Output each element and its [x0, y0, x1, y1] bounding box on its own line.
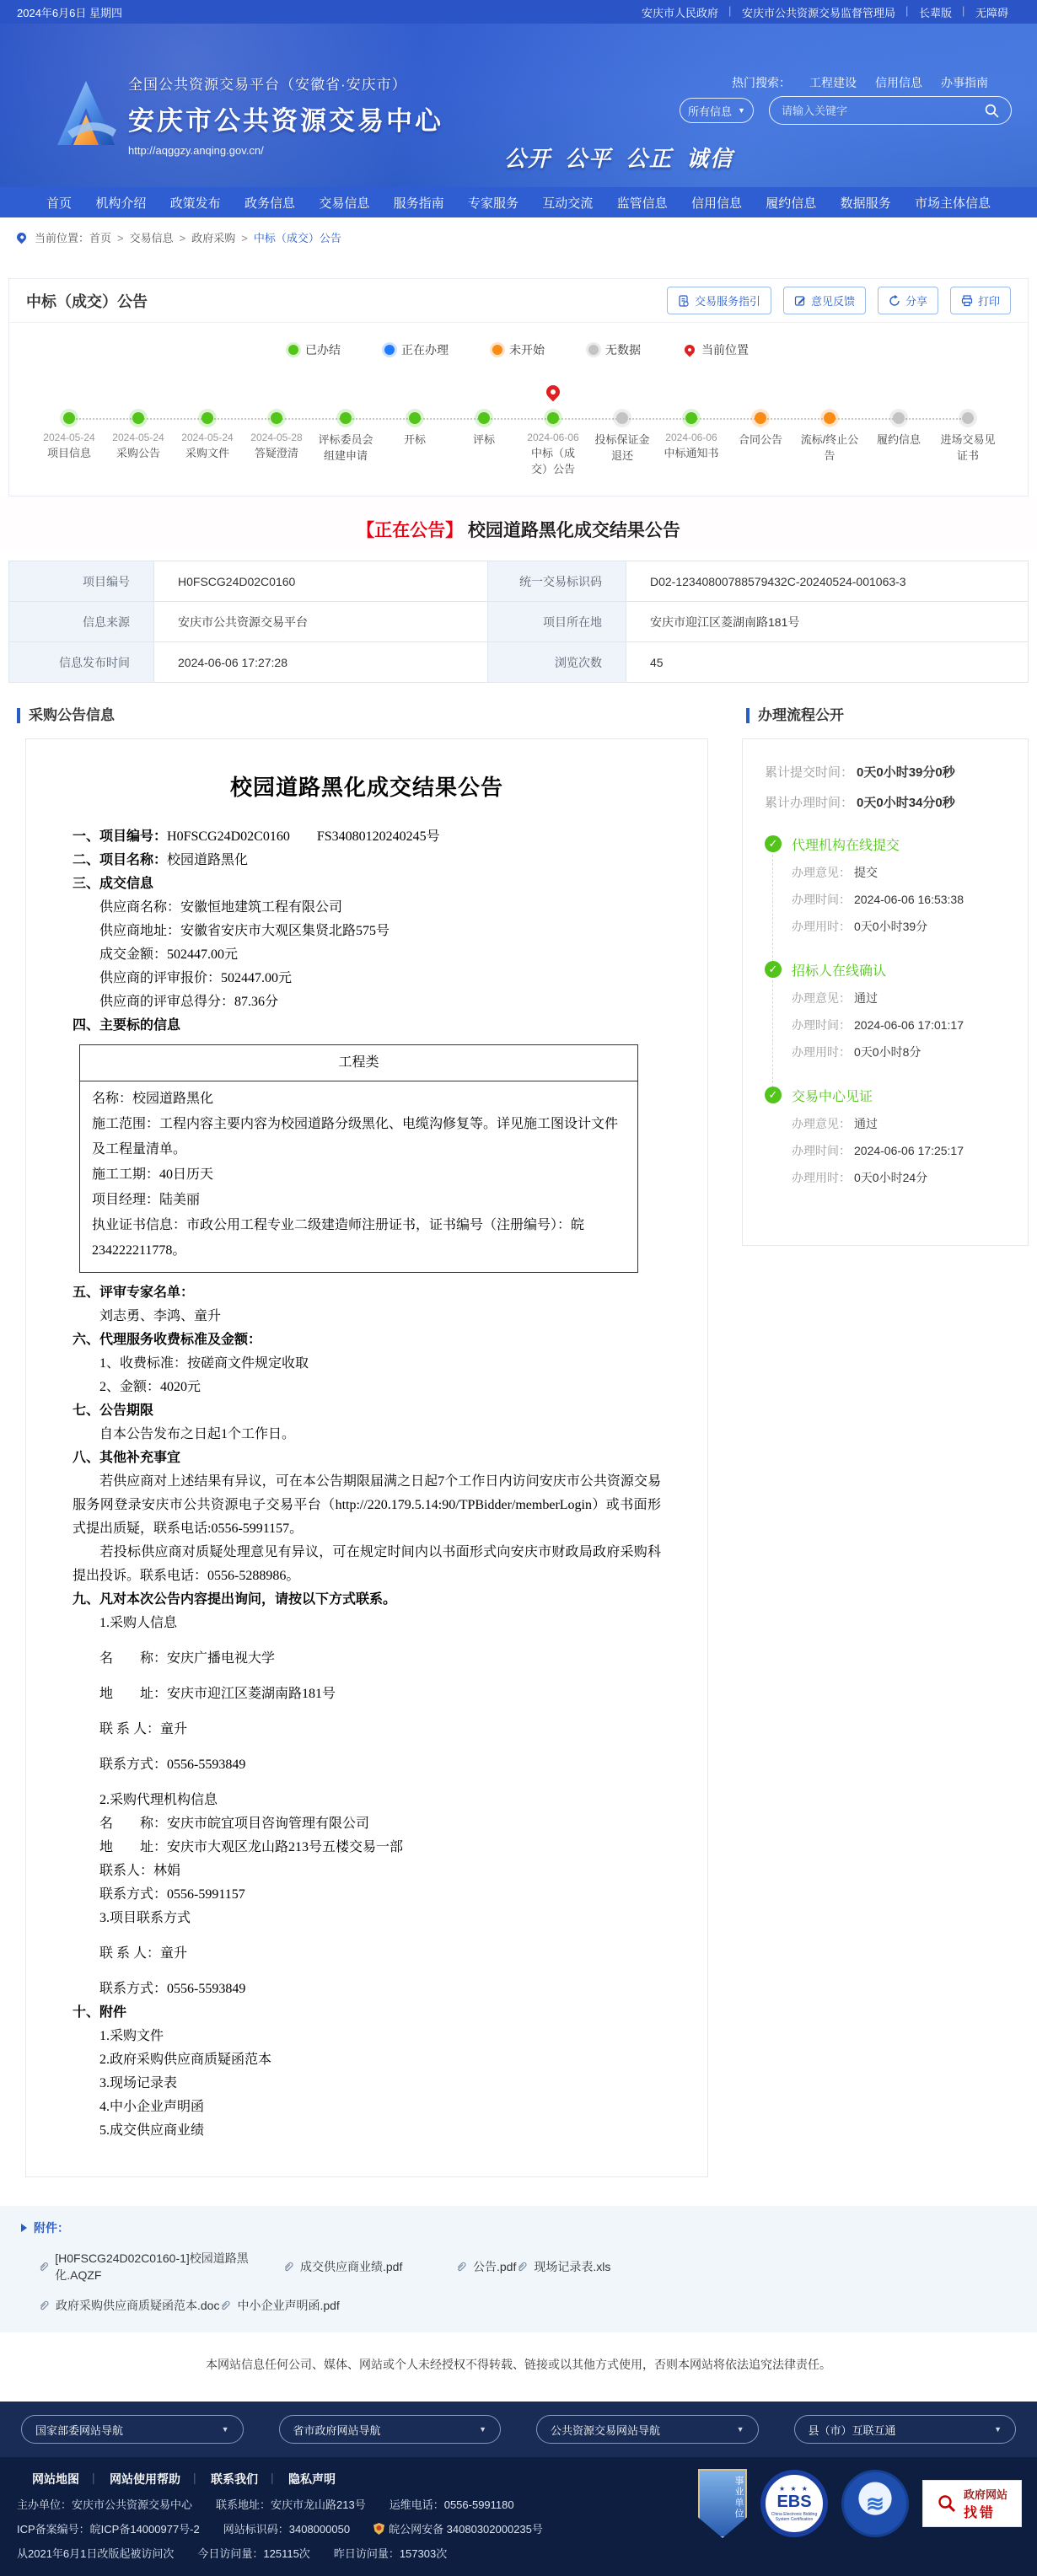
site-logo — [51, 78, 121, 152]
timeline-step-date: 2024-05-24 — [104, 432, 173, 443]
page-title: 中标（成交）公告 — [26, 290, 148, 312]
footer-link[interactable]: 网站使用帮助 — [94, 2471, 196, 2487]
chevron-down-icon: ▼ — [737, 2425, 744, 2434]
attachments-section: 附件： [H0FSCG24D02C0160-1]校园道路黑化.AQZF 成交供应… — [0, 2206, 1037, 2332]
attachment-row: 政府采购供应商质疑函范本.doc 中小企业声明函.pdf — [21, 2297, 999, 2314]
info-label: 统一交易标识码 — [488, 561, 626, 602]
info-label: 浏览次数 — [488, 642, 626, 683]
wave-logo-icon: ≋ — [866, 2491, 884, 2517]
document-line: 3.现场记录表 — [73, 2072, 661, 2096]
breadcrumb-item[interactable]: 政府采购 — [174, 229, 236, 245]
legend-mark-icon — [288, 345, 298, 355]
slogan-word: 公平 — [565, 142, 612, 173]
attachments-label: 附件： — [34, 2219, 69, 2236]
bid-subject-table: 工程类 名称：校园道路黑化施工范围：工程内容主要内容为校园道路分级黑化、电缆沟修… — [79, 1044, 638, 1273]
current-position-pin-icon — [544, 383, 563, 402]
nav-item[interactable]: 政务信息 — [244, 194, 295, 212]
footer-site-code: 网站标识码：3408000050 — [223, 2520, 350, 2536]
bid-subject-row: 项目经理：陆美丽 — [92, 1188, 626, 1213]
footer-visits-today: 今日访问量：125115次 — [197, 2545, 309, 2561]
check-circle-icon: ✓ — [765, 835, 782, 852]
top-links: 安庆市人民政府安庆市公共资源交易监督管理局长辈版无障碍 — [630, 4, 1020, 20]
legend-item: 已办结 — [288, 341, 341, 358]
footer-link[interactable]: 隐私声明 — [273, 2471, 351, 2487]
info-label: 信息发布时间 — [9, 642, 154, 683]
timeline-step[interactable]: 2024-05-24 采购文件 — [173, 378, 242, 477]
attachment-file-name: 政府采购供应商质疑函范本.doc — [56, 2297, 219, 2314]
timeline-node-icon — [685, 412, 697, 424]
attachment-file[interactable]: [H0FSCG24D02C0160-1]校园道路黑化.AQZF — [38, 2250, 282, 2284]
check-circle-icon: ✓ — [765, 961, 782, 978]
notice-card: 中标（成交）公告 交易服务指引 意见反馈 分享 打印 — [8, 278, 1029, 496]
site-banner: 全国公共资源交易平台（安徽省·安庆市） 安庆市公共资源交易中心 http://a… — [0, 24, 1037, 187]
share-label: 分享 — [905, 292, 927, 309]
breadcrumb-item[interactable]: 中标（成交）公告 — [235, 229, 341, 245]
nav-item[interactable]: 专家服务 — [468, 194, 518, 212]
police-badge-icon — [373, 2523, 384, 2535]
timeline-step-label: 合同公告 — [726, 432, 795, 448]
document-line: 1.采购人信息 — [73, 1612, 661, 1635]
timeline-step-label: 评标 — [449, 432, 518, 448]
share-icon — [889, 295, 900, 307]
footer: 网站地图网站使用帮助联系我们隐私声明 主办单位：安庆市公共资源交易中心 联系地址… — [0, 2457, 1037, 2576]
document-lines-a: 一、项目编号：H0FSCG24D02C0160 FS34080120240245… — [73, 825, 661, 1038]
footer-visits-yesterday: 昨日访问量：157303次 — [334, 2545, 447, 2561]
info-value: 45 — [626, 642, 1029, 683]
legend-mark-icon — [683, 343, 697, 357]
legend-item: 正在办理 — [384, 341, 449, 358]
chevron-down-icon: ▼ — [222, 2425, 229, 2434]
document-line: 刘志勇、李鸿、童升 — [73, 1305, 661, 1328]
document-line: 供应商的评审总得分：87.36分 — [73, 990, 661, 1014]
document-line: 若投标供应商对质疑处理意见有异议，可在规定时间内以书面形式向安庆市财政局政府采购… — [73, 1541, 661, 1588]
document-line: 一、项目编号：H0FSCG24D02C0160 FS34080120240245… — [73, 825, 661, 849]
process-step-duration: 办理用时：0天0小时24分 — [792, 1169, 1006, 1186]
timeline-node-icon — [132, 412, 144, 424]
timeline-step[interactable]: 流标/终止公告 — [795, 378, 864, 477]
footer-nav-dropdown[interactable]: 省市政府网站导航 ▼ — [279, 2415, 502, 2444]
document-line: 联系方式：0556-5991157 — [73, 1883, 661, 1907]
search-input[interactable] — [782, 105, 985, 117]
paperclip-icon — [282, 2261, 294, 2273]
process-step-opinion: 办理意见：通过 — [792, 990, 1006, 1006]
main-nav: 首页机构介绍政策发布政务信息交易信息服务指南专家服务互动交流监管信息信用信息履约… — [0, 187, 1037, 217]
timeline-step[interactable]: 进场交易见证书 — [933, 378, 1002, 477]
document-line: 九、凡对本次公告内容提出询问，请按以下方式联系。 — [73, 1588, 661, 1612]
attachment-file[interactable]: 公告.pdf — [455, 2250, 516, 2284]
hot-search-label: 热门搜索： — [732, 74, 791, 91]
footer-link[interactable]: 联系我们 — [196, 2471, 273, 2487]
bid-subject-row: 执业证书信息：市政公用工程专业二级建造师注册证书，证书编号（注册编号）：皖234… — [92, 1213, 626, 1264]
footer-visits-since: 从2021年6月1日改版起被访问次 — [17, 2545, 174, 2561]
timeline-step-label: 中标（成交）公告 — [518, 445, 588, 477]
timeline-step-label: 投标保证金退还 — [588, 432, 657, 464]
paperclip-icon — [516, 2261, 528, 2273]
timeline-step[interactable]: 履约信息 — [864, 378, 933, 477]
timeline-step-label: 采购文件 — [173, 445, 242, 461]
top-link[interactable]: 安庆市公共资源交易监督管理局 — [730, 4, 907, 20]
document-line: 2.采购代理机构信息 — [73, 1789, 661, 1812]
nav-item[interactable]: 履约信息 — [766, 194, 816, 212]
announcement-title: 校园道路黑化成交结果公告 — [468, 521, 680, 540]
hot-search: 热门搜索： 工程建设信用信息办事指南 — [732, 74, 988, 91]
document-lines-b: 五、评审专家名单： 刘志勇、李鸿、童升 六、代理服务收费标准及金额： 1、收费标… — [73, 1281, 661, 2143]
footer-badges: 事业单位 ★ ★ ★ EBS China Electronic Bidding … — [698, 2469, 1022, 2538]
gov-site-error-report-badge[interactable]: 政府网站 找错 — [922, 2480, 1022, 2527]
timeline-steps: 2024-05-24 项目信息 2024-05-24 采购公告 2024-0 — [35, 378, 1002, 477]
print-label: 打印 — [978, 292, 1000, 309]
hot-search-item[interactable]: 信用信息 — [875, 74, 922, 91]
footer-site-nav: 国家部委网站导航 ▼ 省市政府网站导航 ▼ 公共资源交易网站导航 ▼ 县（市）互… — [0, 2402, 1037, 2457]
document-line: 五、评审专家名单： — [73, 1281, 661, 1305]
timeline-step-date: 2024-05-28 — [242, 432, 311, 443]
document-title: 校园道路黑化成交结果公告 — [73, 776, 661, 800]
timeline-node-icon — [478, 412, 490, 424]
main-columns: 采购公告信息 校园道路黑化成交结果公告 一、项目编号：H0FSCG24D02C0… — [0, 683, 1037, 2177]
process-total-row: 累计提交时间：0天0小时39分0秒 — [765, 763, 1006, 781]
process-step-title: 招标人在线确认 — [792, 960, 1006, 979]
process-step-title: 代理机构在线提交 — [792, 835, 1006, 854]
timeline-node-icon — [271, 412, 282, 424]
timeline-node-icon — [616, 412, 628, 424]
timeline-step-date: 2024-06-06 — [518, 432, 588, 443]
document-line: 二、项目名称：校园道路黑化 — [73, 849, 661, 872]
bid-subject-table-body: 名称：校园道路黑化施工范围：工程内容主要内容为校园道路分级黑化、电缆沟修复等。详… — [80, 1081, 637, 1272]
copyright-disclaimer: 本网站信息任何公司、媒体、网站或个人未经授权不得转载、链接或以其他方式使用，否则… — [0, 2332, 1037, 2402]
footer-host: 主办单位：安庆市公共资源交易中心 — [17, 2496, 192, 2512]
feedback-button[interactable]: 意见反馈 — [783, 287, 866, 314]
platform-line: 全国公共资源交易平台（安徽省·安庆市） — [128, 72, 443, 94]
search-icon[interactable] — [985, 104, 999, 118]
legend-mark-icon — [588, 345, 599, 355]
timeline-node-icon — [962, 412, 974, 424]
attachment-row: [H0FSCG24D02C0160-1]校园道路黑化.AQZF 成交供应商业绩.… — [21, 2250, 999, 2284]
info-value: 2024-06-06 17:27:28 — [154, 642, 488, 683]
timeline-step-label: 答疑澄清 — [242, 445, 311, 461]
left-section-title: 采购公告信息 — [17, 708, 725, 723]
document-line: 供应商名称：安徽恒地建筑工程有限公司 — [73, 896, 661, 920]
top-link[interactable]: 安庆市人民政府 — [630, 4, 730, 20]
footer-address: 联系地址：安庆市龙山路213号 — [216, 2496, 366, 2512]
regional-trade-badge[interactable]: ≋ — [841, 2470, 909, 2537]
site-url[interactable]: http://aqggzy.anqing.gov.cn/ — [128, 144, 443, 157]
document-line: 1、收费标准：按磋商文件规定收取 — [73, 1352, 661, 1376]
process-total-row: 累计办理时间：0天0小时34分0秒 — [765, 793, 1006, 811]
hot-search-items: 工程建设信用信息办事指南 — [791, 74, 988, 91]
document-line: 供应商地址：安徽省安庆市大观区集贤北路575号 — [73, 920, 661, 943]
announcement-heading: 【正在公告】 校园道路黑化成交结果公告 — [0, 496, 1037, 549]
footer-nav-dropdown[interactable]: 国家部委网站导航 ▼ — [21, 2415, 244, 2444]
legend-label: 正在办理 — [401, 341, 449, 358]
timeline-step[interactable]: 投标保证金退还 — [588, 378, 657, 477]
process-step-time: 办理时间：2024-06-06 16:53:38 — [792, 891, 1006, 908]
nav-item[interactable]: 首页 — [46, 194, 72, 212]
current-date: 2024年6月6日 星期四 — [17, 4, 122, 20]
timeline-node-icon — [893, 412, 905, 424]
breadcrumb-home[interactable]: 首页 — [89, 229, 111, 245]
timeline-node-icon — [201, 412, 213, 424]
legend-mark-icon — [384, 345, 395, 355]
document-line: 联系方式：0556-5593849 — [73, 1753, 661, 1777]
title-buttons: 交易服务指引 意见反馈 分享 打印 — [667, 287, 1011, 314]
attachment-file-name: 公告.pdf — [473, 2258, 516, 2275]
timeline-step[interactable]: 2024-05-28 答疑澄清 — [242, 378, 311, 477]
process-totals: 累计提交时间：0天0小时39分0秒 累计办理时间：0天0小时34分0秒 — [765, 763, 1006, 811]
process-timeline: 2024-05-24 项目信息 2024-05-24 采购公告 2024-0 — [35, 378, 1002, 477]
process-step: ✓ 招标人在线确认 办理意见：通过 办理时间：2024-06-06 17:01:… — [765, 960, 1006, 1086]
nav-item[interactable]: 数据服务 — [841, 194, 891, 212]
location-pin-icon — [15, 230, 29, 244]
search-category-value: 所有信息 — [688, 103, 732, 119]
document-line: 成交金额：502447.00元 — [73, 943, 661, 967]
legend-label: 无数据 — [605, 341, 641, 358]
timeline-step[interactable]: 2024-06-06 中标（成交）公告 — [518, 378, 588, 477]
timeline-node-icon — [824, 412, 836, 424]
document-line: 联 系 人：童升 — [73, 1942, 661, 1966]
footer-nav-dropdown-label: 县（市）互联互通 — [809, 2422, 896, 2438]
announcement-status-tag: 【正在公告】 — [357, 521, 463, 540]
top-link[interactable]: 长辈版 — [907, 4, 964, 20]
document-icon — [678, 295, 690, 307]
paperclip-icon — [38, 2300, 50, 2311]
slogan-word: 公开 — [504, 142, 551, 173]
edit-icon — [794, 295, 806, 307]
hot-search-item[interactable]: 工程建设 — [809, 74, 857, 91]
process-step: ✓ 代理机构在线提交 办理意见：提交 办理时间：2024-06-06 16:53… — [765, 835, 1006, 960]
ebs-certification-badge[interactable]: ★ ★ ★ EBS China Electronic Bidding Syste… — [760, 2470, 828, 2537]
legend-item: 当前位置 — [685, 341, 749, 358]
paperclip-icon — [455, 2261, 467, 2273]
document-line: 联系人：林娟 — [73, 1860, 661, 1883]
progress-legend: 已办结 正在办理 未开始 无数据 — [35, 335, 1002, 378]
footer-nav-dropdown[interactable]: 公共资源交易网站导航 ▼ — [536, 2415, 759, 2444]
triangle-right-icon — [21, 2224, 27, 2232]
process-steps: ✓ 代理机构在线提交 办理意见：提交 办理时间：2024-06-06 16:53… — [765, 835, 1006, 1211]
document-line: 3.项目联系方式 — [73, 1907, 661, 1930]
info-value: 安庆市迎江区菱湖南路181号 — [626, 602, 1029, 642]
info-value: D02-12340800788579432C-20240524-001063-3 — [626, 561, 1029, 602]
footer-icp[interactable]: ICP备案编号：皖ICP备14000977号-2 — [17, 2520, 200, 2536]
info-value: 安庆市公共资源交易平台 — [154, 602, 488, 642]
attachment-file-name: 中小企业声明函.pdf — [237, 2297, 339, 2314]
legend-item: 无数据 — [588, 341, 641, 358]
print-button[interactable]: 打印 — [950, 287, 1011, 314]
document-line: 供应商的评审报价：502447.00元 — [73, 967, 661, 990]
document-line: 1.采购文件 — [73, 2025, 661, 2048]
footer-police[interactable]: 皖公网安备 34080302000235号 — [373, 2520, 543, 2536]
timeline-step[interactable]: 评标委员会组建申请 — [311, 378, 380, 477]
attachment-file-name: 成交供应商业绩.pdf — [300, 2258, 402, 2275]
document-line: 名 称：安庆广播电视大学 — [73, 1647, 661, 1671]
document-line: 十、附件 — [73, 2001, 661, 2025]
footer-visits-row: 从2021年6月1日改版起被访问次 今日访问量：125115次 昨日访问量：15… — [17, 2545, 1020, 2561]
info-label: 项目所在地 — [488, 602, 626, 642]
footer-nav-dropdown-label: 公共资源交易网站导航 — [551, 2422, 660, 2438]
legend-label: 当前位置 — [701, 341, 749, 358]
attachment-file[interactable]: 中小企业声明函.pdf — [219, 2297, 339, 2314]
nav-item[interactable]: 市场主体信息 — [915, 194, 991, 212]
footer-nav-dropdown-label: 省市政府网站导航 — [293, 2422, 381, 2438]
timeline-step[interactable]: 评标 — [449, 378, 518, 477]
timeline-step[interactable]: 2024-06-06 中标通知书 — [657, 378, 726, 477]
info-label: 项目编号 — [9, 561, 154, 602]
breadcrumb-items: 交易信息政府采购中标（成交）公告 — [111, 229, 341, 245]
process-step-title: 交易中心见证 — [792, 1086, 1006, 1105]
timeline-step[interactable]: 2024-05-24 采购公告 — [104, 378, 173, 477]
process-step-opinion: 办理意见：通过 — [792, 1115, 1006, 1132]
document-line: 自本公告发布之日起1个工作日。 — [73, 1423, 661, 1446]
document-line: 联系方式：0556-5593849 — [73, 1978, 661, 2001]
process-step-time: 办理时间：2024-06-06 17:25:17 — [792, 1142, 1006, 1159]
document-line: 名 称：安庆市皖宜项目咨询管理有限公司 — [73, 1812, 661, 1836]
timeline-step[interactable]: 合同公告 — [726, 378, 795, 477]
trade-guide-button[interactable]: 交易服务指引 — [667, 287, 771, 314]
footer-link[interactable]: 网站地图 — [17, 2471, 94, 2487]
nav-item[interactable]: 监管信息 — [617, 194, 668, 212]
timeline-node-icon — [63, 412, 75, 424]
nav-item[interactable]: 政策发布 — [170, 194, 221, 212]
search-box — [769, 96, 1012, 125]
public-institution-badge[interactable]: 事业单位 — [698, 2469, 747, 2538]
document-line: 2、金额：4020元 — [73, 1376, 661, 1399]
attachment-file-name: 现场记录表.xls — [534, 2258, 610, 2275]
chevron-down-icon: ▼ — [738, 106, 745, 115]
info-value: H0FSCG24D02C0160 — [154, 561, 488, 602]
attachment-file[interactable]: 现场记录表.xls — [516, 2250, 610, 2284]
footer-nav-dropdown-label: 国家部委网站导航 — [35, 2422, 123, 2438]
timeline-step-label: 中标通知书 — [657, 445, 726, 461]
timeline-step-label: 采购公告 — [104, 445, 173, 461]
top-link[interactable]: 无障碍 — [964, 4, 1020, 20]
timeline-node-icon — [409, 412, 421, 424]
attachment-file-name: [H0FSCG24D02C0160-1]校园道路黑化.AQZF — [55, 2250, 282, 2284]
document-line: 六、代理服务收费标准及金额： — [73, 1328, 661, 1352]
printer-icon — [961, 295, 973, 307]
legend-mark-icon — [492, 345, 502, 355]
red-magnifier-icon — [937, 2493, 957, 2514]
timeline-step[interactable]: 开标 — [380, 378, 449, 477]
nav-item[interactable]: 互动交流 — [542, 194, 593, 212]
document-line: 地 址：安庆市大观区龙山路213号五楼交易一部 — [73, 1836, 661, 1860]
document-line: 联 系 人：童升 — [73, 1718, 661, 1741]
footer-nav-dropdown[interactable]: 县（市）互联互通 ▼ — [794, 2415, 1017, 2444]
process-step-opinion: 办理意见：提交 — [792, 864, 1006, 881]
page-title-row: 中标（成交）公告 交易服务指引 意见反馈 分享 打印 — [9, 279, 1028, 323]
footer-phone: 运维电话：0556-5991180 — [390, 2496, 514, 2512]
document-line: 四、主要标的信息 — [73, 1014, 661, 1038]
nav-item[interactable]: 交易信息 — [319, 194, 369, 212]
nav-item[interactable]: 信用信息 — [691, 194, 742, 212]
document-line: 地 址：安庆市迎江区菱湖南路181号 — [73, 1682, 661, 1706]
process-step: ✓ 交易中心见证 办理意见：通过 办理时间：2024-06-06 17:25:1… — [765, 1086, 1006, 1211]
document-line: 2.政府采购供应商质疑函范本 — [73, 2048, 661, 2072]
timeline-step-label: 履约信息 — [864, 432, 933, 448]
attachment-file[interactable]: 政府采购供应商质疑函范本.doc — [38, 2297, 219, 2314]
legend-label: 未开始 — [509, 341, 545, 358]
document-line: 三、成交信息 — [73, 872, 661, 896]
document-line: 4.中小企业声明函 — [73, 2096, 661, 2119]
timeline-step-label: 评标委员会组建申请 — [311, 432, 380, 464]
bid-subject-row: 施工工期：40日历天 — [92, 1162, 626, 1188]
timeline-step-date: 2024-05-24 — [35, 432, 104, 443]
hot-search-item[interactable]: 办事指南 — [941, 74, 988, 91]
timeline-node-icon — [755, 412, 766, 424]
right-section-title: 办理流程公开 — [746, 708, 1029, 723]
breadcrumb-item[interactable]: 交易信息 — [111, 229, 174, 245]
slogan-word: 诚信 — [686, 142, 733, 173]
announcement-document: 校园道路黑化成交结果公告 一、项目编号：H0FSCG24D02C0160 FS3… — [25, 738, 708, 2177]
bid-subject-row: 施工范围：工程内容主要内容为校园道路分级黑化、电缆沟修复等。详见施工图设计文件及… — [92, 1112, 626, 1162]
chevron-down-icon: ▼ — [994, 2425, 1002, 2434]
bid-subject-row: 名称：校园道路黑化 — [92, 1087, 626, 1112]
chevron-down-icon: ▼ — [479, 2425, 486, 2434]
share-button[interactable]: 分享 — [878, 287, 938, 314]
process-step-duration: 办理用时：0天0小时8分 — [792, 1044, 1006, 1060]
process-step-time: 办理时间：2024-06-06 17:01:17 — [792, 1017, 1006, 1033]
timeline-step[interactable]: 2024-05-24 项目信息 — [35, 378, 104, 477]
top-utility-bar: 2024年6月6日 星期四 安庆市人民政府安庆市公共资源交易监督管理局长辈版无障… — [0, 0, 1037, 24]
nav-item[interactable]: 服务指南 — [394, 194, 444, 212]
process-step-duration: 办理用时：0天0小时39分 — [792, 918, 1006, 935]
info-label: 信息来源 — [9, 602, 154, 642]
site-identity: 全国公共资源交易平台（安徽省·安庆市） 安庆市公共资源交易中心 http://a… — [128, 72, 443, 157]
process-progress: 已办结 正在办理 未开始 无数据 — [9, 323, 1028, 496]
trade-guide-label: 交易服务指引 — [695, 292, 760, 309]
slogan: 公开公平公正诚信 — [504, 142, 733, 173]
feedback-label: 意见反馈 — [811, 292, 855, 309]
process-public-card: 累计提交时间：0天0小时39分0秒 累计办理时间：0天0小时34分0秒 ✓ 代理… — [742, 738, 1029, 1246]
check-circle-icon: ✓ — [765, 1087, 782, 1103]
project-info-table: 项目编号 H0FSCG24D02C0160 统一交易标识码 D02-123408… — [8, 561, 1029, 683]
left-column: 采购公告信息 校园道路黑化成交结果公告 一、项目编号：H0FSCG24D02C0… — [8, 708, 725, 2177]
document-line: 七、公告期限 — [73, 1399, 661, 1423]
attachments-header: 附件： — [21, 2219, 999, 2236]
document-line: 5.成交供应商业绩 — [73, 2119, 661, 2143]
timeline-node-icon — [547, 412, 559, 424]
timeline-step-date: 2024-05-24 — [173, 432, 242, 443]
right-column: 办理流程公开 累计提交时间：0天0小时39分0秒 累计办理时间：0天0小时34分… — [742, 708, 1029, 1246]
search-category-dropdown[interactable]: 所有信息 ▼ — [680, 98, 754, 123]
bid-subject-table-header: 工程类 — [80, 1045, 637, 1081]
document-line: 八、其他补充事宜 — [73, 1446, 661, 1470]
paperclip-icon — [219, 2300, 231, 2311]
breadcrumb: 当前位置： 首页 交易信息政府采购中标（成交）公告 — [0, 217, 1037, 256]
breadcrumb-label: 当前位置： — [35, 229, 89, 245]
legend-item: 未开始 — [492, 341, 545, 358]
attachment-file[interactable]: 成交供应商业绩.pdf — [282, 2250, 455, 2284]
timeline-step-date: 2024-06-06 — [657, 432, 726, 443]
legend-label: 已办结 — [305, 341, 341, 358]
paperclip-icon — [38, 2261, 49, 2273]
timeline-step-label: 进场交易见证书 — [933, 432, 1002, 464]
timeline-step-label: 开标 — [380, 432, 449, 448]
site-name: 安庆市公共资源交易中心 — [128, 99, 443, 137]
timeline-node-icon — [340, 412, 352, 424]
timeline-step-label: 流标/终止公告 — [795, 432, 864, 464]
document-line: 若供应商对上述结果有异议，可在本公告期限届满之日起7个工作日内访问安庆市公共资源… — [73, 1470, 661, 1541]
nav-item[interactable]: 机构介绍 — [95, 194, 146, 212]
timeline-step-label: 项目信息 — [35, 445, 104, 461]
slogan-word: 公正 — [626, 142, 673, 173]
